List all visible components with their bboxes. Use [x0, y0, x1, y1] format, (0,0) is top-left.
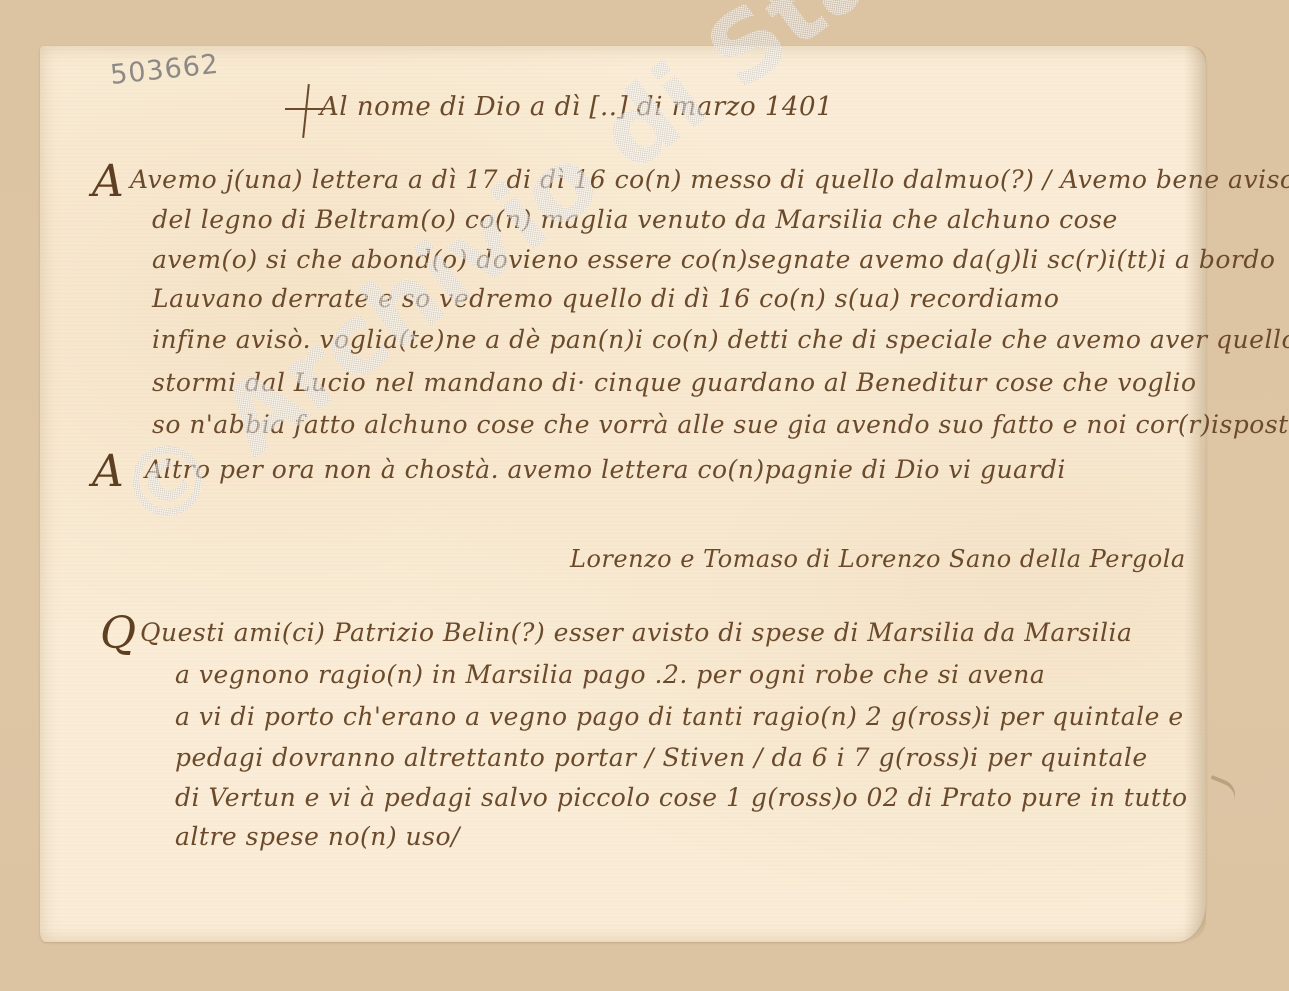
signature: Lorenzo e Tomaso di Lorenzo Sano della P…: [570, 545, 1186, 573]
postscript-line: altre spese no(n) uso/: [175, 822, 460, 851]
initial-a-icon: A: [92, 156, 124, 207]
body-line: del legno di Beltram(o) co(n) maglia ven…: [152, 205, 1118, 234]
body-line: avem(o) si che abond(o) dovieno essere c…: [152, 245, 1275, 274]
postscript-line: di Vertun e vi à pedagi salvo piccolo co…: [175, 783, 1188, 812]
initial-q-icon: Q: [100, 608, 136, 659]
body-line: Lauvano derrate e so vedremo quello di d…: [152, 284, 1059, 313]
postscript-line: Questi ami(ci) Patrizio Belin(?) esser a…: [140, 618, 1132, 647]
postscript-line: a vi di porto ch'erano a vegno pago di t…: [175, 702, 1184, 731]
postscript-line: pedagi dovranno altrettanto portar / Sti…: [175, 743, 1148, 772]
body-line: Avemo j(una) lettera a dì 17 di dì 16 co…: [130, 165, 1289, 194]
postscript-line: a vegnono ragio(n) in Marsilia pago .2. …: [175, 660, 1045, 689]
